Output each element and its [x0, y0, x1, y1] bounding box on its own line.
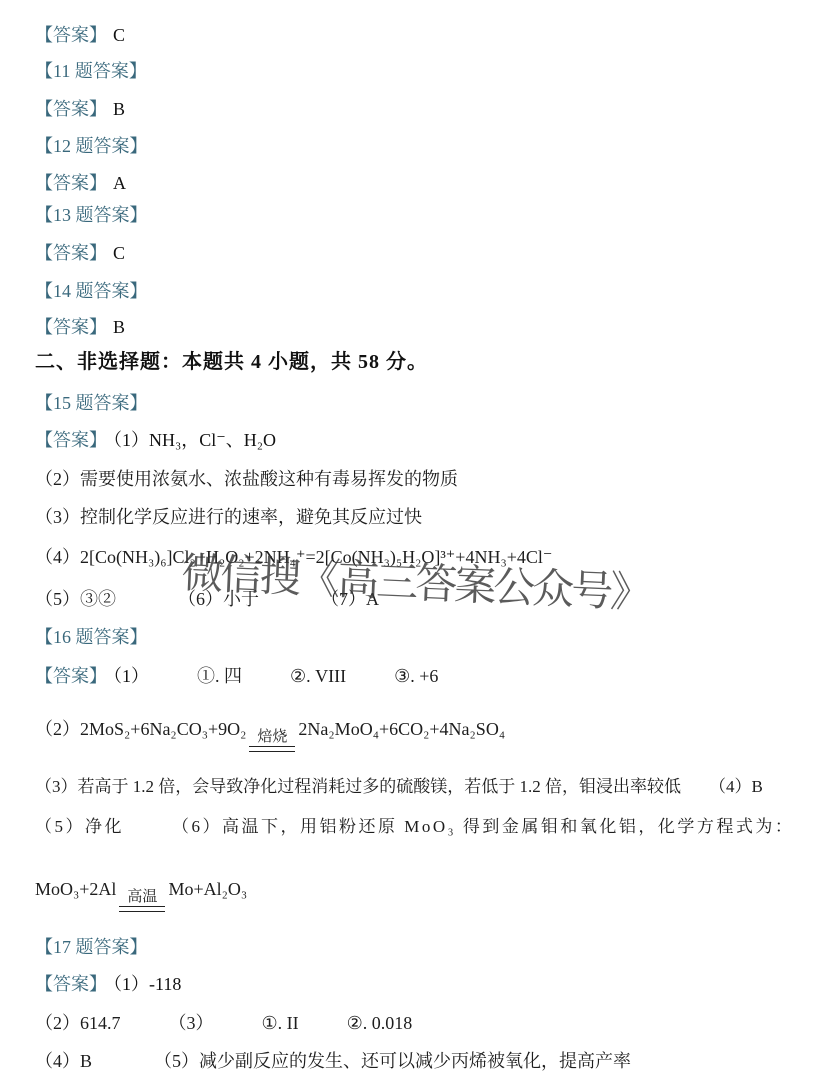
q16-part1-label: （1） — [113, 666, 149, 686]
q16-part6-equation-line: MoO₃+2Al高温Mo+Al₂O₃ — [35, 876, 247, 912]
q16-part3: （3）若高于 1.2 倍，会导致净化过程消耗过多的硫酸镁，若低于 1.2 倍，钼… — [35, 777, 681, 796]
q15-part2: （2）需要使用浓氨水、浓盐酸这种有毒易挥发的物质 — [35, 466, 458, 492]
q15-part6: （6）小于 — [178, 589, 259, 609]
q15-part3: （3）控制化学反应进行的速率，避免其反应过快 — [35, 504, 422, 530]
q17-part3-item-2: ②. 0.018 — [347, 1013, 413, 1033]
answer-value: B — [113, 317, 125, 337]
q17-part4-5-line: （4）B（5）减少副反应的发生、还可以减少丙烯被氧化，提高产率 — [35, 1048, 631, 1074]
answer-line-12: 【答案】A — [35, 170, 126, 196]
q16-part1-item-1: ①. 四 — [197, 666, 242, 686]
reaction-condition: 高温 — [119, 888, 165, 912]
answer-line-14: 【答案】B — [35, 314, 125, 340]
q15-part4-line: （4）2[Co(NH₃)₆]Cl₂+H₂O₂+2NH₄⁺=2[Co(NH₃)₅H… — [35, 544, 552, 570]
q16-part1-item-2: ②. VIII — [290, 666, 346, 686]
q17-part2-3-line: （2）614.7（3）①. II②. 0.018 — [35, 1010, 412, 1036]
q15-part1-line: 【答案】（1）NH₃，Cl⁻、H₂O — [35, 427, 276, 453]
q16-eq1-right: 2Na₂MoO₄+6CO₂+4Na₂SO₄ — [298, 719, 505, 739]
answer-value: C — [113, 25, 125, 45]
answer-label: 【答案】 — [35, 25, 107, 45]
q17-part4: （4）B — [35, 1051, 92, 1071]
q16-eq2-left: MoO₃+2Al — [35, 879, 116, 899]
answer-value: A — [113, 173, 126, 193]
q16-eq1-condition: 焙烧 — [257, 728, 287, 746]
q16-part5-6-line: （5）净化（6）高温下，用铝粉还原 MoO₃ 得到金属钼和氧化铝，化学方程式为： — [35, 814, 794, 840]
q15-part5: （5）③② — [35, 589, 116, 609]
answer-label: 【答案】 — [35, 99, 107, 119]
q15-part7: （7）A — [321, 589, 379, 609]
q15-part4-equation: 2[Co(NH₃)₆]Cl₂+H₂O₂+2NH₄⁺=2[Co(NH₃)₅H₂O]… — [80, 547, 552, 567]
double-bond-equals — [119, 906, 165, 912]
q17-part1: （1）-118 — [113, 974, 181, 994]
question-11-header: 【11 题答案】 — [35, 58, 147, 84]
question-13-header: 【13 题答案】 — [35, 202, 148, 228]
section-2-heading: 二、非选择题：本题共 4 小题，共 58 分。 — [35, 349, 428, 375]
q15-part4-label: （4） — [35, 547, 80, 567]
answer-value: B — [113, 99, 125, 119]
q17-part5: （5）减少副反应的发生、还可以减少丙烯被氧化，提高产率 — [154, 1051, 631, 1071]
q17-part1-line: 【答案】（1）-118 — [35, 971, 181, 997]
answer-line-13: 【答案】C — [35, 240, 125, 266]
question-16-header: 【16 题答案】 — [35, 624, 148, 650]
q15-part1: （1）NH₃，Cl⁻、H₂O — [113, 430, 276, 450]
question-14-header: 【14 题答案】 — [35, 278, 148, 304]
q16-part6: （6）高温下，用铝粉还原 MoO₃ 得到金属钼和氧化铝，化学方程式为： — [172, 817, 794, 836]
q16-eq2-right: Mo+Al₂O₃ — [168, 879, 247, 899]
answer-label: 【答案】 — [35, 317, 107, 337]
answer-label: 【答案】 — [35, 666, 107, 686]
q15-part5-7-line: （5）③②（6）小于（7）A — [35, 586, 379, 612]
answer-label: 【答案】 — [35, 974, 107, 994]
reaction-condition: 焙烧 — [249, 728, 295, 752]
q17-part3-item-1: ①. II — [262, 1013, 299, 1033]
q16-part1-item-3: ③. +6 — [394, 666, 438, 686]
q16-eq2-condition: 高温 — [127, 888, 157, 906]
q17-part3-label: （3） — [169, 1013, 214, 1033]
q16-eq1-left: 2MoS₂+6Na₂CO₃+9O₂ — [80, 719, 246, 739]
q16-part5: （5）净化 — [35, 817, 124, 836]
q16-part3-4-line: （3）若高于 1.2 倍，会导致净化过程消耗过多的硫酸镁，若低于 1.2 倍，钼… — [35, 774, 763, 800]
q16-part2-equation-line: （2）2MoS₂+6Na₂CO₃+9O₂焙烧2Na₂MoO₄+6CO₂+4Na₂… — [35, 716, 505, 752]
answer-key-document: 【答案】C 【11 题答案】 【答案】B 【12 题答案】 【答案】A 【13 … — [0, 0, 817, 1081]
q16-part4: （4）B — [709, 777, 763, 796]
question-17-header: 【17 题答案】 — [35, 934, 148, 960]
answer-line-10: 【答案】C — [35, 22, 125, 48]
double-bond-equals — [249, 746, 295, 752]
q17-part2: （2）614.7 — [35, 1013, 121, 1033]
answer-value: C — [113, 243, 125, 263]
question-12-header: 【12 题答案】 — [35, 133, 148, 159]
answer-label: 【答案】 — [35, 173, 107, 193]
question-15-header: 【15 题答案】 — [35, 390, 148, 416]
answer-label: 【答案】 — [35, 430, 107, 450]
q16-part1-line: 【答案】（1）①. 四②. VIII③. +6 — [35, 663, 438, 689]
q16-part2-label: （2） — [35, 719, 80, 739]
answer-label: 【答案】 — [35, 243, 107, 263]
answer-line-11: 【答案】B — [35, 96, 125, 122]
